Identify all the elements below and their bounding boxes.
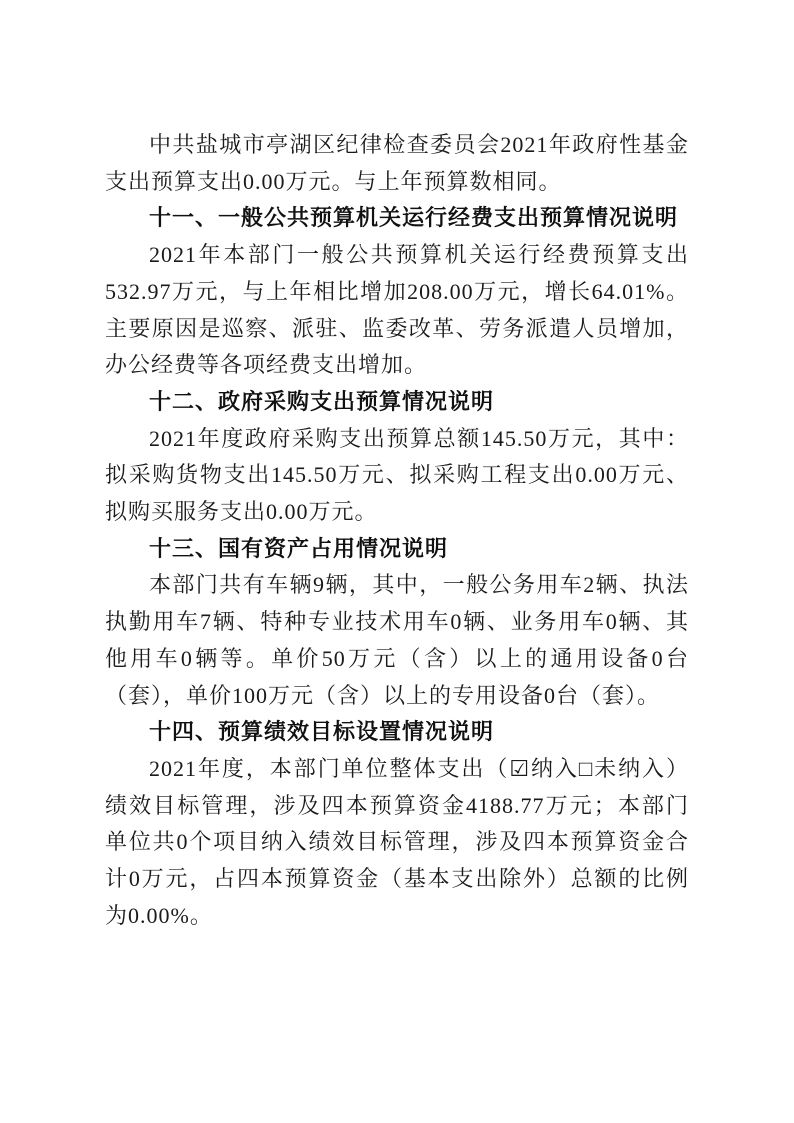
section-paragraph-12: 2021年度政府采购支出预算总额145.50万元，其中：拟采购货物支出145.5… [105, 421, 689, 531]
document-body: 中共盐城市亭湖区纪律检查委员会2021年政府性基金支出预算支出0.00万元。与上… [105, 127, 689, 934]
section-paragraph-13: 本部门共有车辆9辆，其中，一般公务用车2辆、执法执勤用车7辆、特种专业技术用车0… [105, 567, 689, 714]
document-page: 中共盐城市亭湖区纪律检查委员会2021年政府性基金支出预算支出0.00万元。与上… [0, 0, 794, 1123]
section-heading-12: 十二、政府采购支出预算情况说明 [105, 384, 689, 421]
section-paragraph-11: 2021年本部门一般公共预算机关运行经费预算支出532.97万元，与上年相比增加… [105, 237, 689, 384]
section-heading-14: 十四、预算绩效目标设置情况说明 [105, 714, 689, 751]
section-heading-13: 十三、国有资产占用情况说明 [105, 531, 689, 568]
intro-paragraph: 中共盐城市亭湖区纪律检查委员会2021年政府性基金支出预算支出0.00万元。与上… [105, 127, 689, 200]
section-heading-11: 十一、一般公共预算机关运行经费支出预算情况说明 [105, 200, 689, 237]
section-paragraph-14: 2021年度，本部门单位整体支出（☑纳入□未纳入）绩效目标管理，涉及四本预算资金… [105, 751, 689, 935]
